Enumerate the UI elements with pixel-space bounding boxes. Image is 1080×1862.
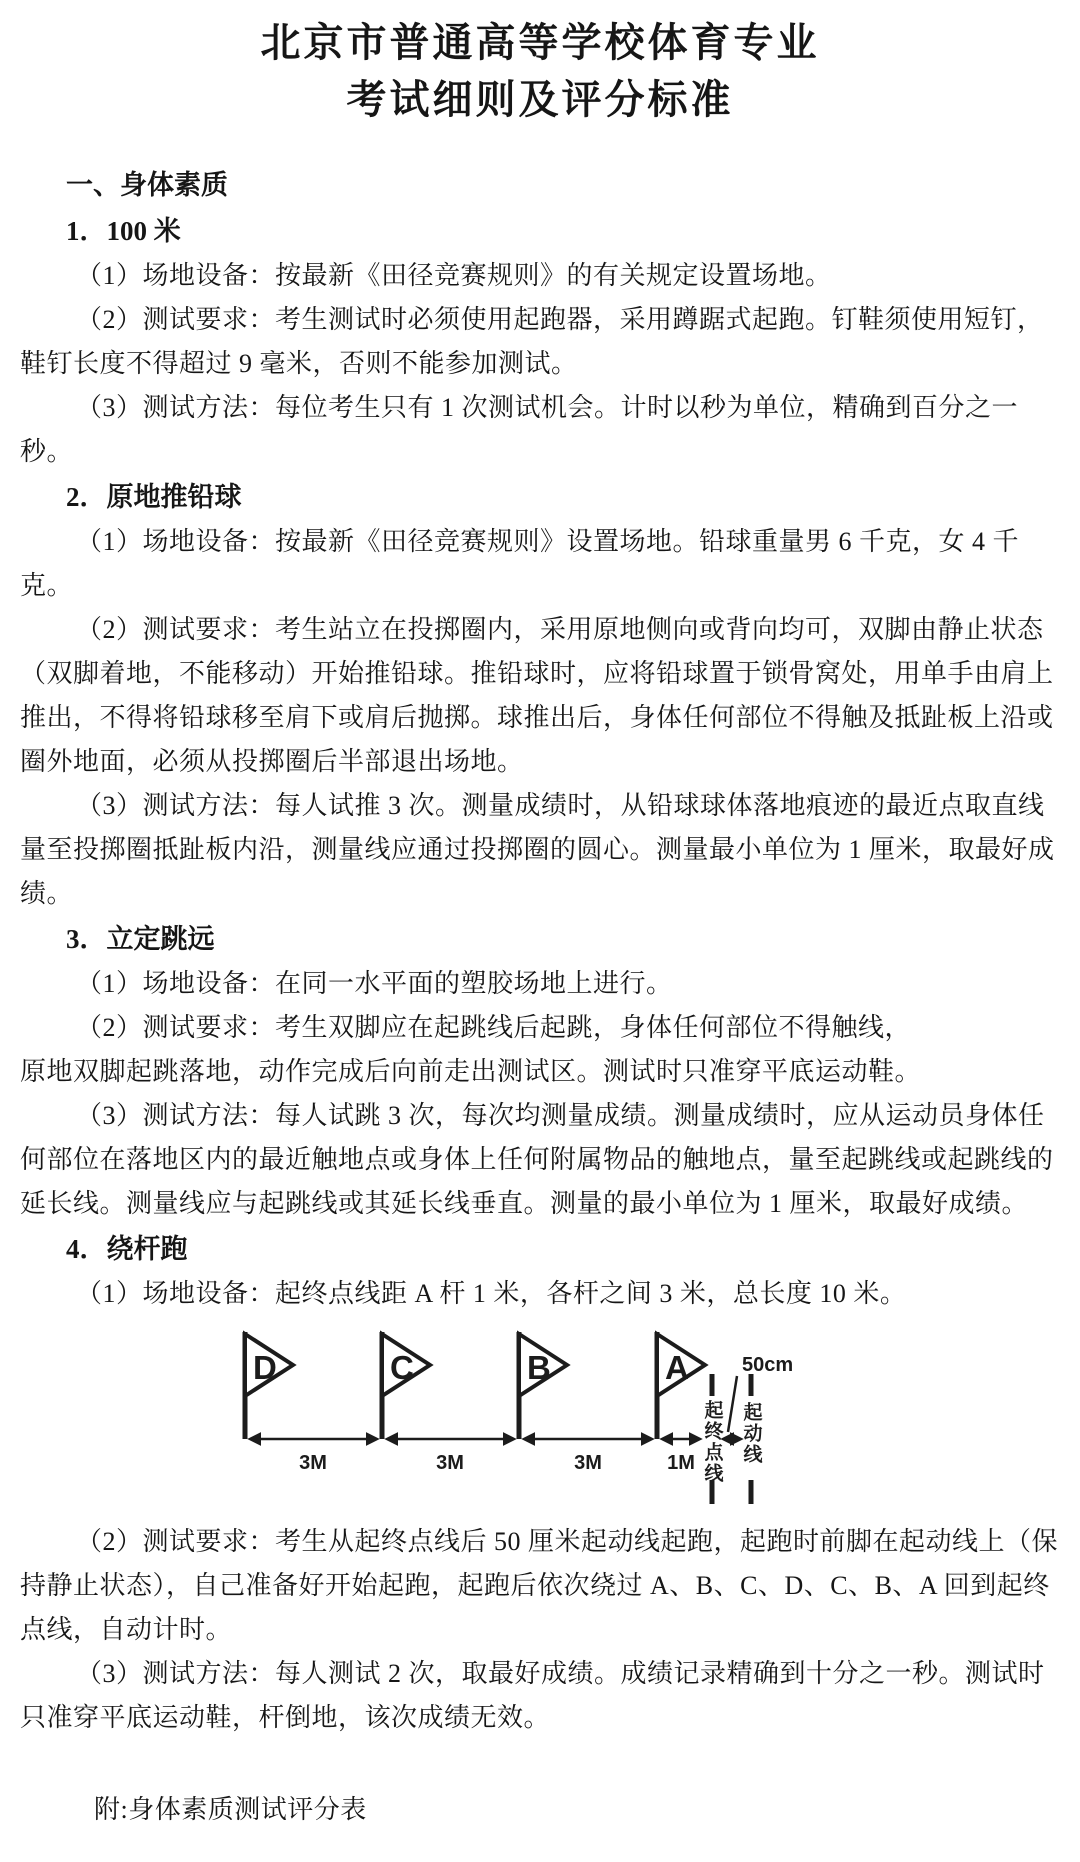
start-finish-line-label: 起终点线 (699, 1400, 726, 1484)
item-2-para-2: （2）测试要求：考生站立在投掷圈内，采用原地侧向或背向均可，双脚由静止状态（双脚… (20, 608, 1060, 784)
item-1-para-1: （1）场地设备：按最新《田径竞赛规则》的有关规定设置场地。 (20, 254, 1060, 298)
distance-label-2: 3M (436, 1452, 464, 1474)
slalom-course-diagram: D C B A 3M 3M 3M 1M 50cm (205, 1324, 835, 1514)
distance-label-4: 1M (667, 1452, 695, 1474)
item-2-para-3: （3）测试方法：每人试推 3 次。测量成绩时，从铅球球体落地痕迹的最近点取直线量… (20, 784, 1060, 916)
doc-title: 北京市普通高等学校体育专业 考试细则及评分标准 (20, 14, 1060, 128)
flag-poles (245, 1332, 657, 1439)
section-1-heading: 一、身体素质 (20, 162, 1060, 208)
item-4-para-2: （2）测试要求：考生从起终点线后 50 厘米起动线起跑，起跑时前脚在起动线上（保… (20, 1520, 1060, 1652)
flag-letter-c: C (390, 1349, 414, 1386)
item-4-para-1: （1）场地设备：起终点线距 A 杆 1 米，各杆之间 3 米，总长度 10 米。 (20, 1272, 1060, 1316)
flag-letter-d: D (253, 1349, 277, 1386)
distance-label-1: 3M (299, 1452, 327, 1474)
document-page: 北京市普通高等学校体育专业 考试细则及评分标准 一、身体素质 1．100 米 （… (0, 0, 1080, 1862)
item-3-heading: 3．立定跳远 (20, 916, 1060, 962)
item-3-para-1: （1）场地设备：在同一水平面的塑胶场地上进行。 (20, 962, 1060, 1006)
item-3-para-3: （3）测试方法：每人试跳 3 次，每次均测量成绩。测量成绩时，应从运动员身体任何… (20, 1094, 1060, 1226)
flag-pennants (245, 1334, 705, 1396)
flag-letter-a: A (665, 1349, 689, 1386)
item-2-para-1: （1）场地设备：按最新《田径竞赛规则》设置场地。铅球重量男 6 千克，女 4 千… (20, 520, 1060, 608)
item-1-para-2: （2）测试要求：考生测试时必须使用起跑器，采用蹲踞式起跑。钉鞋须使用短钉，鞋钉长… (20, 298, 1060, 386)
flag-letter-b: B (527, 1349, 551, 1386)
item-4-heading: 4．绕杆跑 (20, 1226, 1060, 1272)
item-1-heading: 1．100 米 (20, 208, 1060, 254)
appendix-note: 附:身体素质测试评分表 (20, 1788, 1060, 1832)
callout-50cm-line (728, 1376, 737, 1432)
item-2-heading: 2．原地推铅球 (20, 474, 1060, 520)
item-3-para-2: （2）测试要求：考生双脚应在起跳线后起跳，身体任何部位不得触线， 原地双脚起跳落… (20, 1006, 1060, 1094)
item-1-para-3: （3）测试方法：每位考生只有 1 次测试机会。计时以秒为单位，精确到百分之一秒。 (20, 386, 1060, 474)
start-line-label: 起动线 (738, 1402, 765, 1465)
doc-title-line2: 考试细则及评分标准 (20, 71, 1060, 128)
distance-label-3: 3M (574, 1452, 602, 1474)
doc-title-line1: 北京市普通高等学校体育专业 (20, 14, 1060, 71)
item-4-para-3: （3）测试方法：每人测试 2 次，取最好成绩。成绩记录精确到十分之一秒。测试时只… (20, 1652, 1060, 1740)
gap-label-50cm: 50cm (742, 1354, 793, 1376)
